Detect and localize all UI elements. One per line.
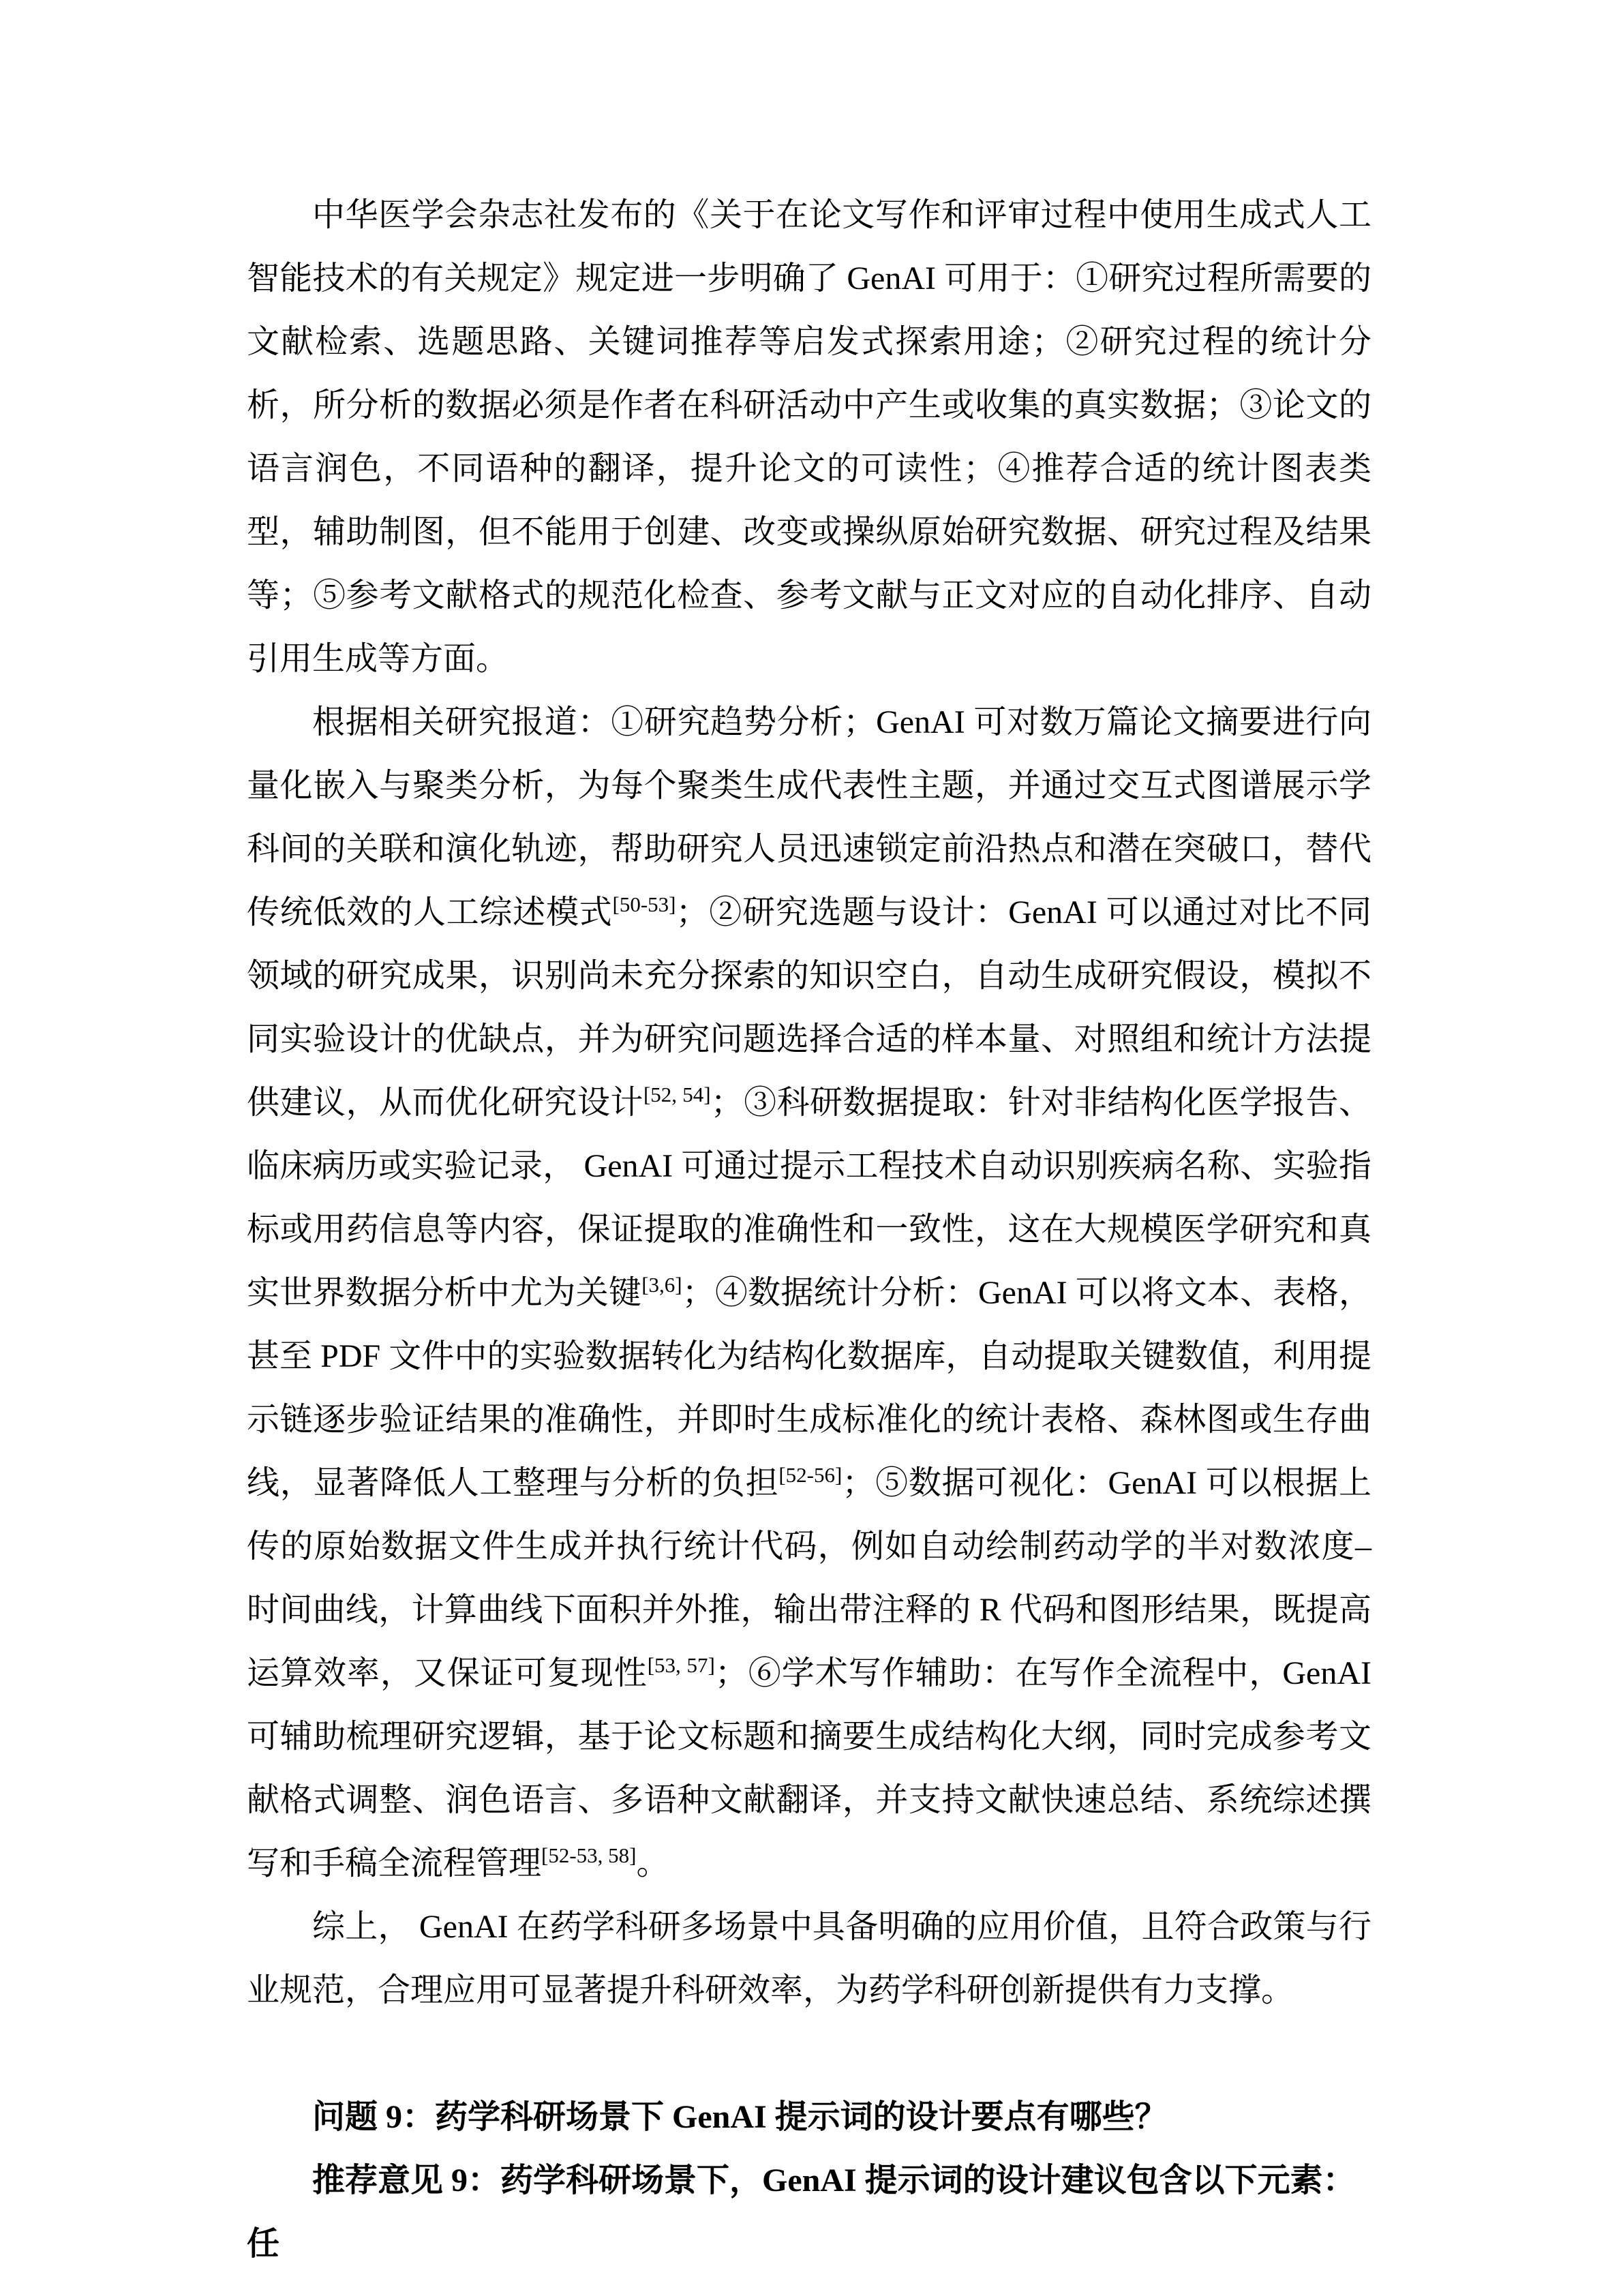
citation-superscript: [3,6]	[641, 1273, 682, 1297]
question-9-heading: 问题 9：药学科研场景下 GenAI 提示词的设计要点有哪些？	[247, 2085, 1371, 2149]
page-text-area: 中华医学会杂志社发布的《关于在论文写作和评审过程中使用生成式人工智能技术的有关规…	[247, 183, 1371, 2276]
recommendation-9-heading: 推荐意见 9：药学科研场景下，GenAI 提示词的设计建议包含以下元素：任	[247, 2149, 1371, 2276]
citation-superscript: [50-53]	[613, 892, 676, 916]
text-run: 中华医学会杂志社发布的《关于在论文写作和评审过程中使用生成式人工智能技术的有关规…	[247, 197, 1371, 677]
research-report-paragraph: 根据相关研究报道：①研究趋势分析；GenAI 可对数万篇论文摘要进行向量化嵌入与…	[247, 691, 1371, 1895]
blank-line	[247, 2022, 1371, 2085]
citation-superscript: [53, 57]	[648, 1653, 715, 1677]
citation-superscript: [52-53, 58]	[541, 1843, 636, 1867]
text-run: 综上， GenAI 在药学科研多场景中具备明确的应用价值，且符合政策与行业规范，…	[247, 1909, 1371, 2008]
citation-superscript: [52, 54]	[643, 1083, 711, 1106]
citation-superscript: [52-56]	[778, 1463, 842, 1487]
text-run: 推荐意见 9：药学科研场景下，GenAI 提示词的设计建议包含以下元素：任	[247, 2162, 1356, 2262]
text-run: 问题 9：药学科研场景下 GenAI 提示词的设计要点有哪些？	[312, 2099, 1168, 2135]
policy-paragraph: 中华医学会杂志社发布的《关于在论文写作和评审过程中使用生成式人工智能技术的有关规…	[247, 183, 1371, 691]
document-page: 中华医学会杂志社发布的《关于在论文写作和评审过程中使用生成式人工智能技术的有关规…	[0, 0, 1623, 2296]
text-run: 。	[637, 1845, 669, 1882]
summary-paragraph: 综上， GenAI 在药学科研多场景中具备明确的应用价值，且符合政策与行业规范，…	[247, 1895, 1371, 2022]
